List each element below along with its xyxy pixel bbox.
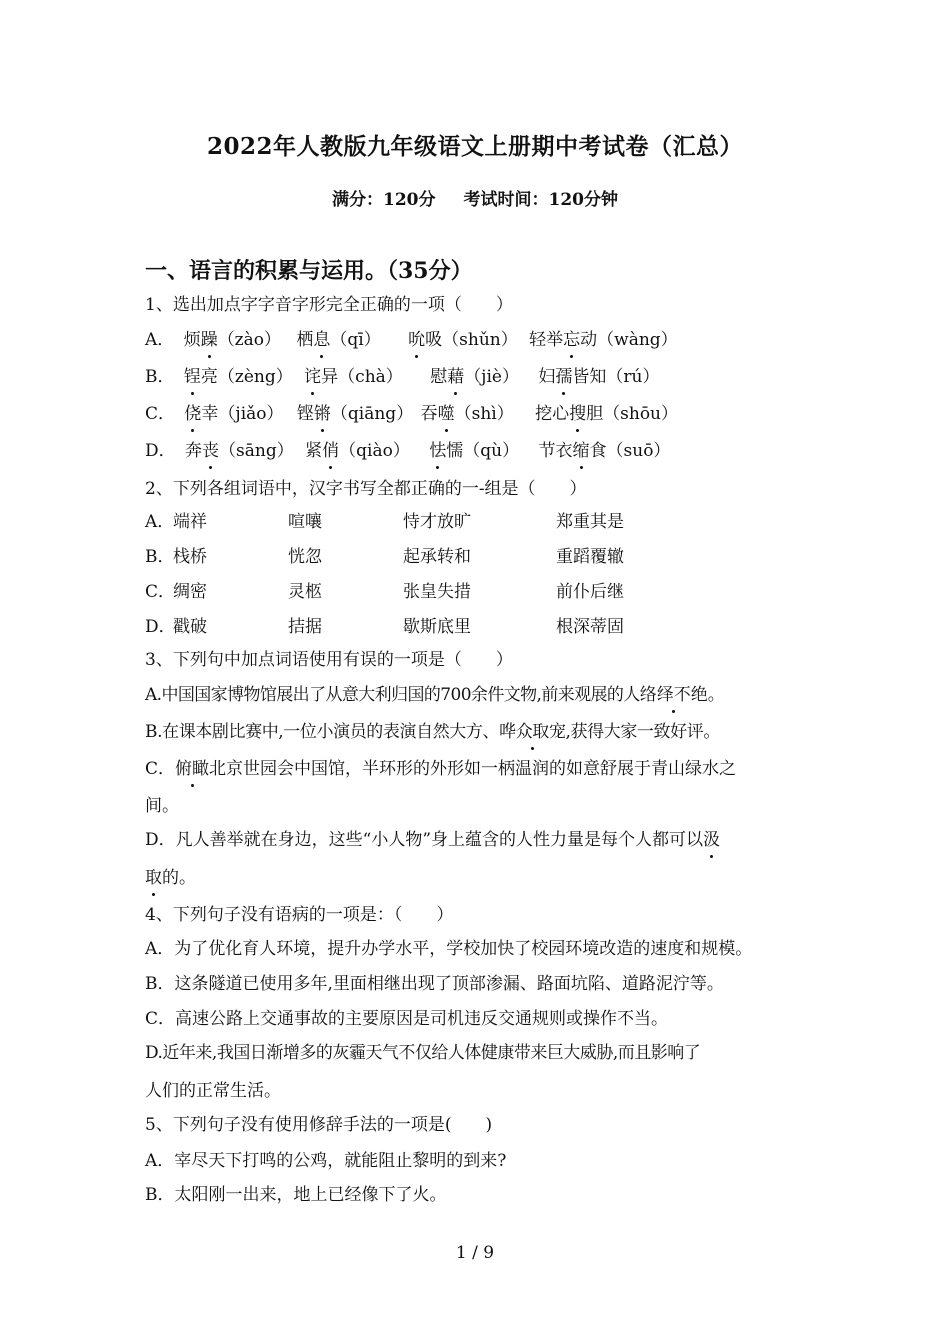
q1-option-d: D． 奔丧（sāng） 紧俏（qiào） 怯懦（qù） 节衣缩食（suō） bbox=[145, 440, 670, 462]
question-5-stem: 5、下列句子没有使用修辞手法的一项是( ) bbox=[145, 1114, 492, 1136]
q3-option-c: C．俯瞰北京世园会中国馆，半环形的外形如一柄温润的如意舒展于青山绿水之 bbox=[145, 758, 736, 780]
q4-option-c: C．高速公路上交通事故的主要原因是司机违反交通规则或操作不当。 bbox=[145, 1008, 668, 1030]
q5-option-b: B．太阳刚一出来，地上已经像下了火。 bbox=[145, 1184, 447, 1206]
q4-option-d: D.近年来,我国日渐增多的灰霾天气不仅给人体健康带来巨大威胁,而且影响了 bbox=[145, 1042, 700, 1064]
q3-option-a: A.中国国家博物馆展出了从意大利归国的700余件文物,前来观展的人络绎不绝。 bbox=[145, 684, 724, 706]
q1-option-b: B． 锃亮（zèng） 诧异（chà） 慰藉（jiè） 妇孺皆知（rú） bbox=[145, 366, 659, 388]
exam-info: 满分：120分考试时间：120分钟 bbox=[0, 185, 950, 210]
q3-option-d: D．凡人善举就在身边，这些“小人物”身上蕴含的人性力量是每个人都可以汲 bbox=[145, 829, 720, 851]
q4-option-b: B．这条隧道已使用多年,里面相继出现了顶部渗漏、路面坑陷、道路泥泞等。 bbox=[145, 973, 724, 995]
q5-option-a: A．宰尽天下打鸣的公鸡，就能阻止黎明的到来? bbox=[145, 1150, 506, 1172]
document-title: 2022年人教版九年级语文上册期中考试卷（汇总） bbox=[0, 128, 950, 161]
exam-time: 考试时间：120分钟 bbox=[464, 190, 619, 210]
question-3-stem: 3、下列句中加点词语使用有误的一项是（ ） bbox=[145, 649, 513, 671]
dotted-word: 络绎不绝 bbox=[640, 684, 708, 706]
q1-option-a: A． 烦躁（zào） 栖息（qī） 吮吸（shǔn） 轻举忘动（wàng） bbox=[145, 329, 678, 351]
page-number: 1 / 9 bbox=[0, 1243, 950, 1263]
section-heading: 一、语言的积累与运用。（35分） bbox=[145, 254, 473, 285]
q4-option-a: A．为了优化育人环境，提升办学水平，学校加快了校园环境改造的速度和规模。 bbox=[145, 938, 752, 960]
q3-option-d-cont: 取的。 bbox=[145, 867, 196, 889]
q4-option-d-cont: 人们的正常生活。 bbox=[145, 1080, 281, 1102]
question-2-stem: 2、下列各组词语中，汉字书写全都正确的一-组是（ ） bbox=[145, 478, 587, 500]
exam-page: 2022年人教版九年级语文上册期中考试卷（汇总） 满分：120分考试时间：120… bbox=[0, 0, 950, 1344]
q3-option-b: B.在课本剧比赛中,一位小演员的表演自然大方、哗众取宠,获得大家一致好评。 bbox=[145, 721, 720, 743]
dotted-word: 汲 bbox=[703, 829, 720, 851]
q1-option-c: C． 侥幸（jiǎo） 铿锵（qiāng） 吞噬（shì） 挖心搜胆（shōu） bbox=[145, 403, 678, 425]
question-1-stem: 1、选出加点字字音字形完全正确的一项（ ） bbox=[145, 294, 513, 316]
full-score: 满分：120分 bbox=[332, 190, 436, 210]
q3-option-c-cont: 间。 bbox=[145, 795, 179, 817]
dotted-word: 哗众取宠 bbox=[499, 721, 565, 743]
dotted-word: 俯瞰 bbox=[175, 758, 209, 780]
question-4-stem: 4、下列句子没有语病的一项是：（ ） bbox=[145, 904, 453, 926]
